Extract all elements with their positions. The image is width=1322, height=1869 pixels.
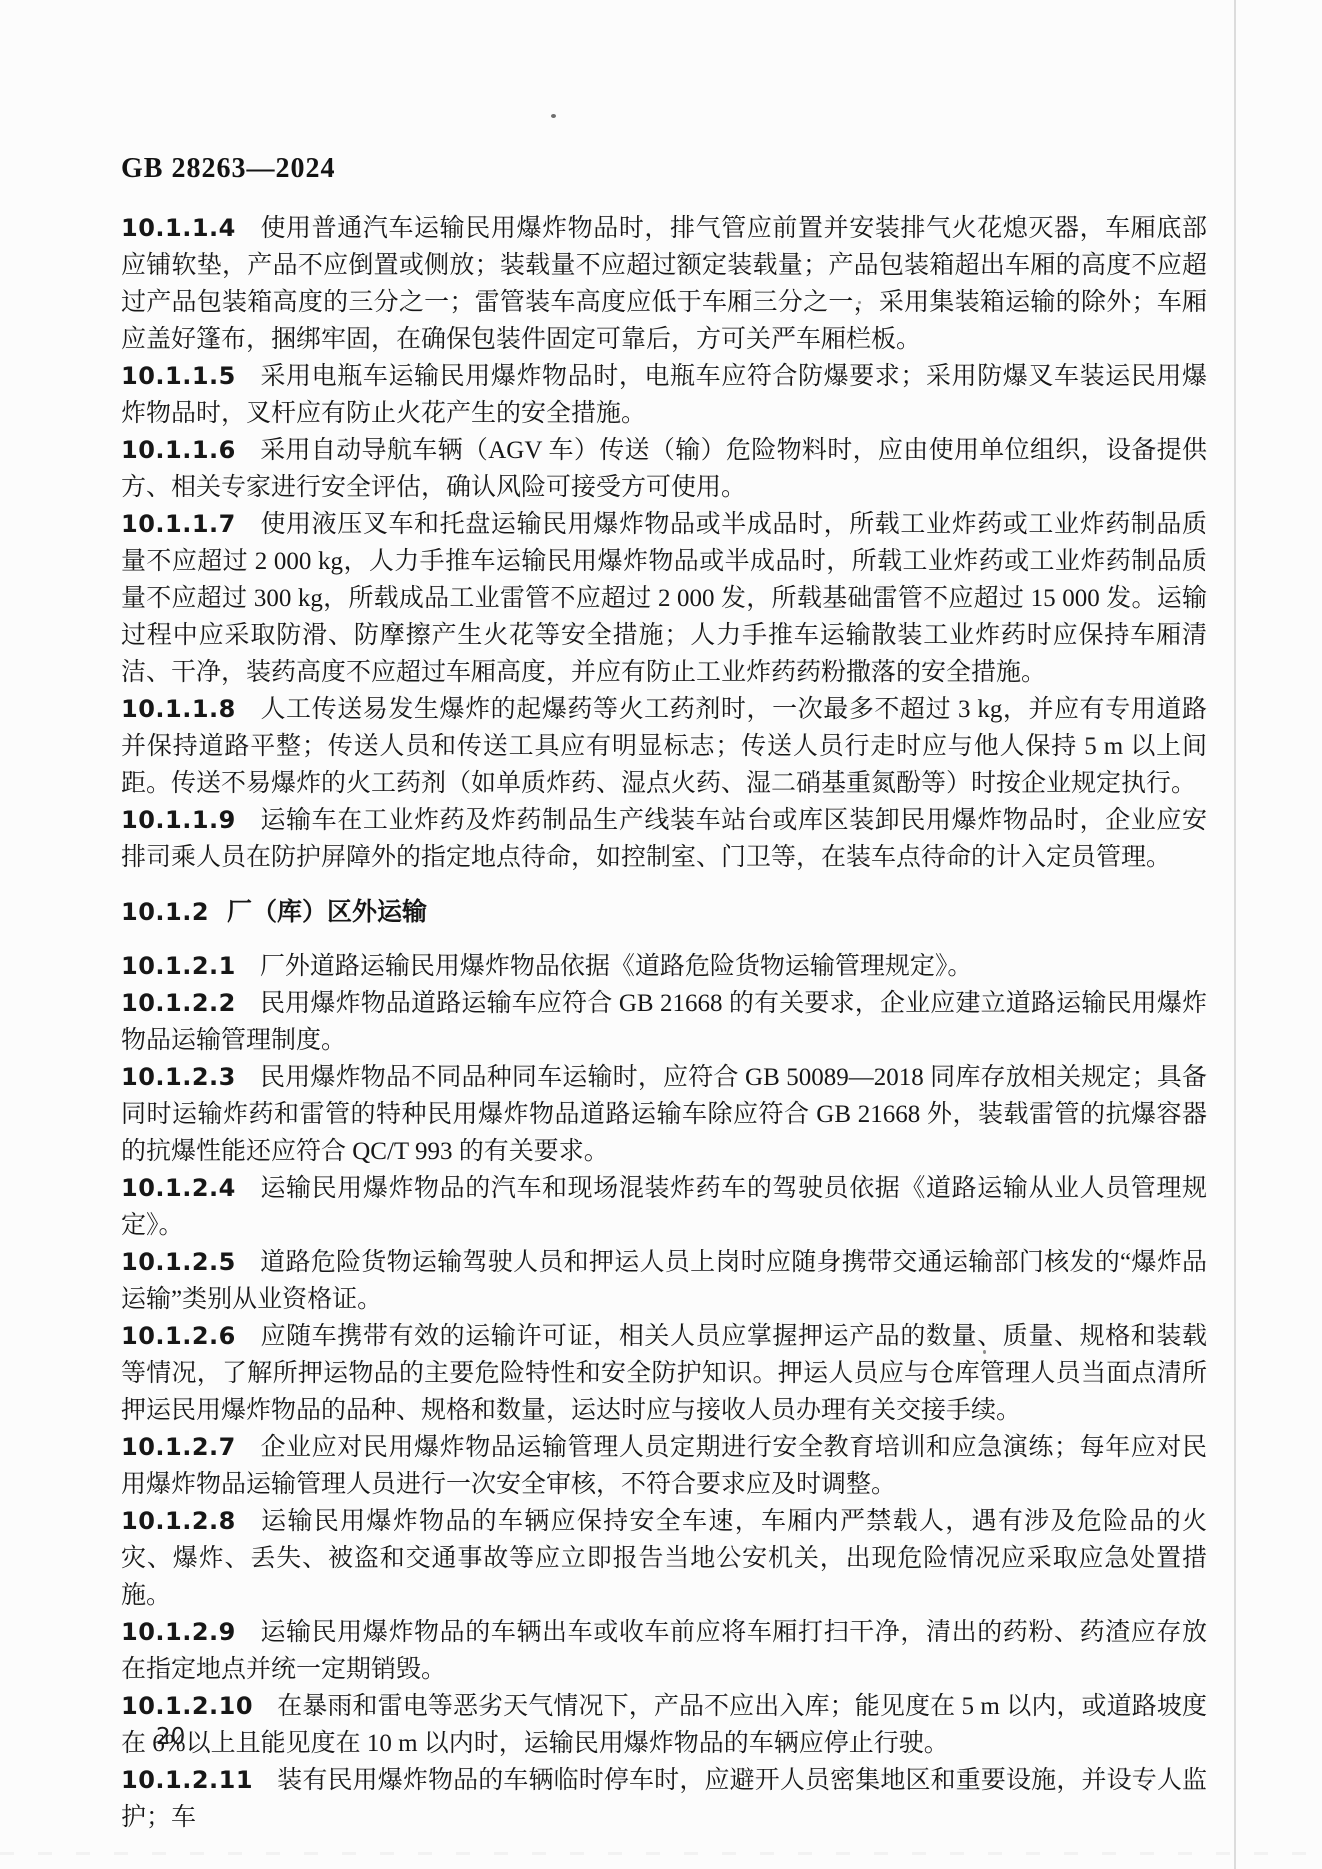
clause-paragraph: 10.1.1.7使用液压叉车和托盘运输民用爆炸物品或半成品时，所载工业炸药或工业… bbox=[121, 506, 1207, 691]
standard-number-header: GB 28263—2024 bbox=[121, 153, 335, 185]
document-body: 10.1.1.4使用普通汽车运输民用爆炸物品时，排气管应前置并安装排气火花熄灭器… bbox=[121, 210, 1207, 1836]
clause-paragraph: 10.1.2.10在暴雨和雷电等恶劣天气情况下，产品不应出入库；能见度在 5 m… bbox=[121, 1688, 1207, 1762]
clause-text: 运输民用爆炸物品的车辆出车或收车前应将车厢打扫干净，清出的药粉、药渣应存放在指定… bbox=[121, 1619, 1207, 1683]
clause-number: 10.1.2.5 bbox=[121, 1248, 236, 1276]
scan-edge-artifact bbox=[1234, 0, 1236, 1869]
clause-text: 厂外道路运输民用爆炸物品依据《道路危险货物运输管理规定》。 bbox=[260, 953, 973, 980]
clause-text: 运输民用爆炸物品的汽车和现场混装炸药车的驾驶员依据《道路运输从业人员管理规定》。 bbox=[121, 1175, 1207, 1239]
clause-number: 10.1.2.11 bbox=[121, 1766, 253, 1794]
clause-paragraph: 10.1.2.3民用爆炸物品不同品种同车运输时，应符合 GB 50089—201… bbox=[121, 1059, 1207, 1170]
clause-text: 装有民用爆炸物品的车辆临时停车时，应避开人员密集地区和重要设施，并设专人监护；车 bbox=[121, 1767, 1207, 1831]
clause-text: 运输民用爆炸物品的车辆应保持安全车速，车厢内严禁载人，遇有涉及危险品的火灾、爆炸… bbox=[121, 1508, 1207, 1609]
document-page: GB 28263—2024 10.1.1.4使用普通汽车运输民用爆炸物品时，排气… bbox=[0, 0, 1322, 1869]
clause-number: 10.1.1.9 bbox=[121, 806, 236, 834]
clause-number: 10.1.2 bbox=[121, 898, 209, 926]
scan-speck bbox=[983, 1350, 986, 1354]
clause-paragraph: 10.1.2.2民用爆炸物品道路运输车应符合 GB 21668 的有关要求，企业… bbox=[121, 985, 1207, 1059]
clause-paragraph: 10.1.1.9运输车在工业炸药及炸药制品生产线装车站台或库区装卸民用爆炸物品时… bbox=[121, 802, 1207, 876]
clause-number: 10.1.1.6 bbox=[121, 436, 236, 464]
clause-number: 10.1.2.3 bbox=[121, 1063, 236, 1091]
clause-number: 10.1.1.7 bbox=[121, 510, 236, 538]
clause-paragraph: 10.1.2.9运输民用爆炸物品的车辆出车或收车前应将车厢打扫干净，清出的药粉、… bbox=[121, 1614, 1207, 1688]
page-number: 20 bbox=[156, 1724, 185, 1750]
clause-text: 道路危险货物运输驾驶人员和押运人员上岗时应随身携带交通运输部门核发的“爆炸品运输… bbox=[121, 1249, 1207, 1313]
clause-number: 10.1.2.4 bbox=[121, 1174, 236, 1202]
clause-paragraph: 10.1.2.8运输民用爆炸物品的车辆应保持安全车速，车厢内严禁载人，遇有涉及危… bbox=[121, 1503, 1207, 1614]
scan-speck bbox=[858, 301, 861, 304]
clause-number: 10.1.2.8 bbox=[121, 1507, 236, 1535]
clause-text: 企业应对民用爆炸物品运输管理人员定期进行安全教育培训和应急演练；每年应对民用爆炸… bbox=[121, 1434, 1207, 1498]
clause-number: 10.1.2.10 bbox=[121, 1692, 253, 1720]
clause-paragraph: 10.1.1.5采用电瓶车运输民用爆炸物品时，电瓶车应符合防爆要求；采用防爆叉车… bbox=[121, 358, 1207, 432]
clause-text: 使用普通汽车运输民用爆炸物品时，排气管应前置并安装排气火花熄灭器，车厢底部应铺软… bbox=[121, 215, 1207, 353]
clause-paragraph: 10.1.2.5道路危险货物运输驾驶人员和押运人员上岗时应随身携带交通运输部门核… bbox=[121, 1244, 1207, 1318]
clause-number: 10.1.2.2 bbox=[121, 989, 236, 1017]
clause-paragraph: 10.1.2.7企业应对民用爆炸物品运输管理人员定期进行安全教育培训和应急演练；… bbox=[121, 1429, 1207, 1503]
clause-number: 10.1.2.6 bbox=[121, 1322, 236, 1350]
scan-speck bbox=[551, 114, 556, 118]
clause-text: 在暴雨和雷电等恶劣天气情况下，产品不应出入库；能见度在 5 m 以内，或道路坡度… bbox=[121, 1693, 1207, 1757]
clause-paragraph: 10.1.1.4使用普通汽车运输民用爆炸物品时，排气管应前置并安装排气火花熄灭器… bbox=[121, 210, 1207, 358]
clause-text: 厂（库）区外运输 bbox=[227, 897, 427, 926]
clause-text: 采用电瓶车运输民用爆炸物品时，电瓶车应符合防爆要求；采用防爆叉车装运民用爆炸物品… bbox=[121, 363, 1207, 427]
clause-paragraph: 10.1.1.6采用自动导航车辆（AGV 车）传送（输）危险物料时，应由使用单位… bbox=[121, 432, 1207, 506]
clause-paragraph: 10.1.2.4运输民用爆炸物品的汽车和现场混装炸药车的驾驶员依据《道路运输从业… bbox=[121, 1170, 1207, 1244]
scan-noise-artifact bbox=[0, 1852, 1322, 1855]
clause-paragraph: 10.1.2厂（库）区外运输 bbox=[121, 893, 1207, 931]
clause-text: 民用爆炸物品道路运输车应符合 GB 21668 的有关要求，企业应建立道路运输民… bbox=[121, 990, 1207, 1054]
clause-paragraph: 10.1.2.11装有民用爆炸物品的车辆临时停车时，应避开人员密集地区和重要设施… bbox=[121, 1762, 1207, 1836]
clause-number: 10.1.1.5 bbox=[121, 362, 236, 390]
clause-text: 应随车携带有效的运输许可证，相关人员应掌握押运产品的数量、质量、规格和装载等情况… bbox=[121, 1323, 1207, 1424]
clause-paragraph: 10.1.2.1厂外道路运输民用爆炸物品依据《道路危险货物运输管理规定》。 bbox=[121, 948, 1207, 985]
clause-number: 10.1.2.9 bbox=[121, 1618, 236, 1646]
clause-paragraph: 10.1.2.6应随车携带有效的运输许可证，相关人员应掌握押运产品的数量、质量、… bbox=[121, 1318, 1207, 1429]
clause-number: 10.1.1.8 bbox=[121, 695, 236, 723]
clause-text: 使用液压叉车和托盘运输民用爆炸物品或半成品时，所载工业炸药或工业炸药制品质量不应… bbox=[121, 511, 1207, 686]
clause-number: 10.1.2.7 bbox=[121, 1433, 236, 1461]
clause-text: 采用自动导航车辆（AGV 车）传送（输）危险物料时，应由使用单位组织，设备提供方… bbox=[121, 437, 1207, 501]
clause-number: 10.1.2.1 bbox=[121, 952, 236, 980]
clause-paragraph: 10.1.1.8人工传送易发生爆炸的起爆药等火工药剂时，一次最多不超过 3 kg… bbox=[121, 691, 1207, 802]
clause-text: 民用爆炸物品不同品种同车运输时，应符合 GB 50089—2018 同库存放相关… bbox=[121, 1064, 1207, 1165]
clause-text: 人工传送易发生爆炸的起爆药等火工药剂时，一次最多不超过 3 kg，并应有专用道路… bbox=[121, 696, 1207, 797]
clause-number: 10.1.1.4 bbox=[121, 214, 236, 242]
clause-text: 运输车在工业炸药及炸药制品生产线装车站台或库区装卸民用爆炸物品时，企业应安排司乘… bbox=[121, 807, 1207, 871]
